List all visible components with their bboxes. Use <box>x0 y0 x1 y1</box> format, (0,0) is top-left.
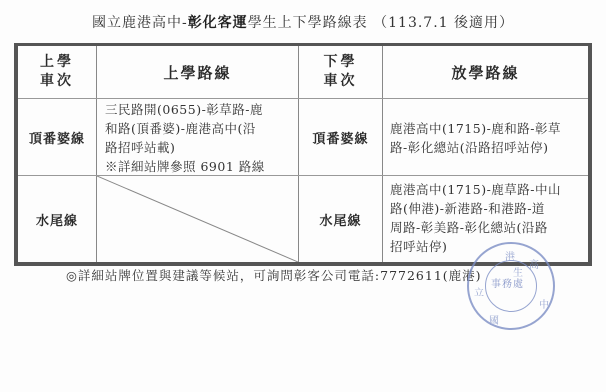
row1-am-route: 三民路開(0655)-彰草路-鹿 和路(頂番婆)-鹿港高中(沿 路招呼站載) ※… <box>105 100 265 176</box>
title-prefix: 國立鹿港高中- <box>92 15 188 31</box>
header-pm-trip: 下學 車次 <box>299 46 382 98</box>
row2-pm-trip: 水尾線 <box>299 176 382 262</box>
route-line: 鹿港高中(1715)-鹿草路-中山 <box>390 180 561 199</box>
seal-char: 立 <box>474 284 484 299</box>
route-line: 鹿港高中(1715)-鹿和路-彰草 <box>390 119 561 138</box>
route-line: 周路-彰美路-彰化總站(沿路 <box>390 218 561 237</box>
route-line: 路-彰化總站(沿路招呼站停) <box>390 138 561 157</box>
official-seal-icon: 港 高 中 國 立 生 事務處 <box>467 242 555 330</box>
title-company: 彰化客運 <box>188 15 248 31</box>
route-line: 和路(頂番婆)-鹿港高中(沿 <box>105 119 265 138</box>
seal-char: 高 <box>529 256 539 271</box>
header-am-trip: 上學 車次 <box>18 46 96 98</box>
header-am-route: 上學路線 <box>97 46 298 98</box>
row1-am-trip: 頂番婆線 <box>18 99 96 175</box>
route-line: 路招呼站載) <box>105 138 265 157</box>
document-title: 國立鹿港高中-彰化客運學生上下學路線表 （113.7.1 後適用） <box>0 12 606 32</box>
footer-note: ◎詳細站牌位置與建議等候站，可詢問彰客公司電話:7772611(鹿港) <box>66 266 482 284</box>
row2-am-trip: 水尾線 <box>18 176 96 262</box>
route-line: ※詳細站牌參照 6901 路線 <box>105 157 265 176</box>
route-line: 路(伸港)-新港路-和港路-道 <box>390 199 561 218</box>
seal-char: 中 <box>539 296 549 311</box>
header-pm-trip-line2: 車次 <box>324 72 358 91</box>
header-pm-trip-line1: 下學 <box>324 53 358 72</box>
route-line: 三民路開(0655)-彰草路-鹿 <box>105 100 265 119</box>
seal-char: 國 <box>489 312 499 327</box>
empty-cell-diagonal <box>97 176 298 262</box>
header-pm-route: 放學路線 <box>383 46 588 98</box>
header-am-trip-line2: 車次 <box>40 72 74 91</box>
header-am-trip-line1: 上學 <box>40 53 74 72</box>
row2-pm-route: 鹿港高中(1715)-鹿草路-中山 路(伸港)-新港路-和港路-道 周路-彰美路… <box>390 180 561 256</box>
seal-char: 港 <box>505 248 515 263</box>
title-suffix: 學生上下學路線表 （113.7.1 後適用） <box>248 15 514 31</box>
seal-center-text: 事務處 <box>491 275 524 290</box>
row1-pm-route: 鹿港高中(1715)-鹿和路-彰草 路-彰化總站(沿路招呼站停) <box>390 119 561 157</box>
route-table: 上學 車次 上學路線 下學 車次 放學路線 頂番婆線 三民路開(0655)-彰草… <box>14 43 592 266</box>
row1-pm-trip: 頂番婆線 <box>299 99 382 175</box>
